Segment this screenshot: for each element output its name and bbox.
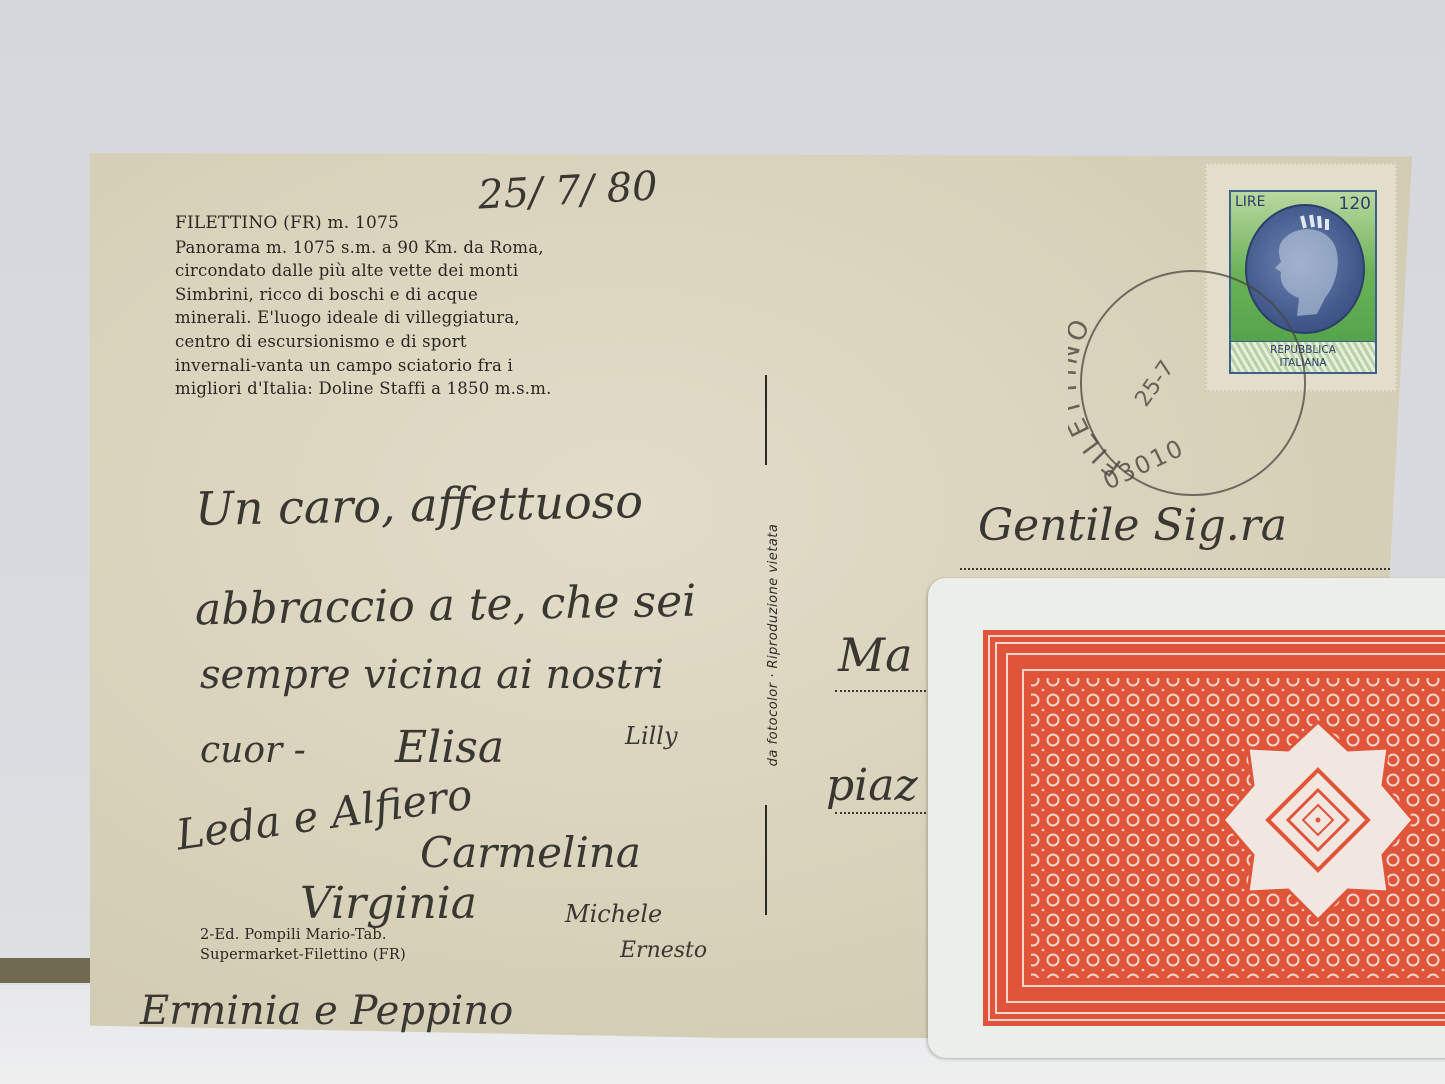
postmark-code: 03010 bbox=[1099, 434, 1189, 496]
caption-line: migliori d'Italia: Doline Staffi a 1850 … bbox=[175, 377, 552, 401]
credit-text: da fotocolor · Riproduzione vietata bbox=[766, 385, 786, 905]
postmark-date: 25-7 bbox=[1130, 356, 1179, 411]
signature: Ernesto bbox=[620, 938, 707, 963]
handwritten-date: 25/ 7/ 80 bbox=[477, 163, 659, 218]
publisher-line: Supermarket-Filettino (FR) bbox=[200, 945, 406, 965]
message-line: Un caro, affettuoso bbox=[195, 474, 644, 536]
publisher-text: 2-Ed. Pompili Mario-Tab. Supermarket-Fil… bbox=[200, 925, 406, 965]
caption-line: Panorama m. 1075 s.m. a 90 Km. da Roma, bbox=[175, 236, 552, 260]
divider-line bbox=[765, 805, 767, 915]
message-line: cuor - bbox=[200, 730, 306, 771]
publisher-line: 2-Ed. Pompili Mario-Tab. bbox=[200, 925, 406, 945]
address-line: Ma bbox=[838, 628, 913, 682]
signature: Elisa bbox=[395, 722, 504, 773]
signature: Lilly bbox=[625, 722, 678, 750]
playing-card bbox=[928, 578, 1445, 1058]
address-line: piaz bbox=[826, 760, 918, 811]
stamp-value: 120 bbox=[1339, 194, 1371, 214]
address-rule bbox=[960, 568, 1390, 570]
svg-text:FILETTINO: FILETTINO bbox=[1068, 312, 1127, 481]
address-rule bbox=[835, 812, 930, 814]
caption-line: minerali. E'luogo ideale di villeggiatur… bbox=[175, 306, 552, 330]
message-line: abbraccio a te, che sei bbox=[195, 576, 697, 636]
signature: Virginia bbox=[300, 878, 477, 929]
caption-line: invernali-vanta un campo sciatorio fra i bbox=[175, 354, 552, 378]
caption-line: centro di escursionismo e di sport bbox=[175, 330, 552, 354]
signature: Carmelina bbox=[420, 828, 641, 877]
signature: Michele bbox=[565, 900, 662, 928]
vertical-credit: da fotocolor · Riproduzione vietata bbox=[756, 375, 776, 915]
postmark-town: FILETTINO bbox=[1068, 312, 1127, 481]
card-back-pattern-icon bbox=[983, 630, 1445, 1026]
caption-line: circondato dalle più alte vette dei mont… bbox=[175, 259, 552, 283]
address-rule bbox=[835, 690, 930, 692]
postmark-cancellation: FILETTINO 25-7 03010 bbox=[1068, 258, 1318, 508]
caption-line: Simbrini, ricco di boschi e di acque bbox=[175, 283, 552, 307]
signature: Erminia e Peppino bbox=[140, 988, 513, 1034]
message-line: sempre vicina ai nostri bbox=[200, 652, 664, 698]
printed-caption: FILETTINO (FR) m. 1075 Panorama m. 1075 … bbox=[175, 212, 552, 401]
stamp-currency: LIRE bbox=[1235, 194, 1266, 210]
